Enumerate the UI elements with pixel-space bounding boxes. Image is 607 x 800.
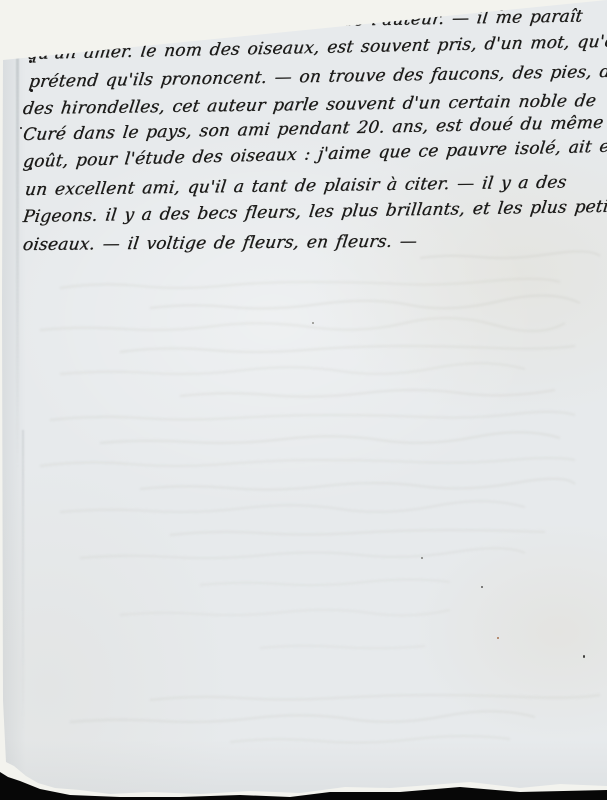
margin-ink-dot [20,127,22,129]
manuscript-line-7: un excellent ami, qu'il a tant de plaisi… [24,174,568,199]
paper-speck [421,557,423,559]
manuscript-page: je ne suivrai pas les descriptions de l'… [0,0,607,800]
paper-crease [16,0,19,470]
margin-ink-dot [30,89,33,92]
manuscript-line-9: oiseaux. — il voltige de fleurs, en fleu… [22,234,418,254]
paper-speck [583,655,585,658]
paper-speck [312,322,314,324]
manuscript-line-3: prétend qu'ils prononcent. — on trouve d… [28,62,607,91]
manuscript-line-6: goût, pour l'étude des oiseaux : j'aime … [22,138,607,171]
paper-crease [22,430,24,730]
paper-speck [481,586,483,588]
paper-speck [497,637,499,639]
photo-background: je ne suivrai pas les descriptions de l'… [0,0,607,800]
margin-ink-dot [29,167,32,170]
manuscript-line-8: Pigeons. il y a des becs fleurs, les plu… [22,198,607,226]
margin-ink-dot [29,60,32,63]
